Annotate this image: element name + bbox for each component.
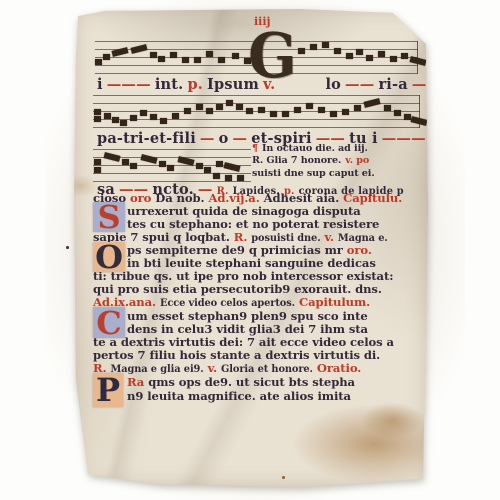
body-text-line: Ad.ix.ana.Ecce video celos apertos.Capit…: [93, 295, 374, 309]
neume-ligature: [141, 154, 158, 164]
text-segment: Ra: [127, 375, 144, 389]
decorated-initial-p: P: [96, 374, 120, 406]
neume-ligature: [364, 98, 381, 108]
ink-speck: [66, 246, 69, 249]
neume-note: [378, 51, 385, 57]
neume-note: [120, 120, 127, 126]
body-text-line: Raqms ops de9. ut sicut bts stepha: [127, 375, 359, 389]
text-segment: R.: [234, 230, 247, 244]
neume-note: [310, 44, 317, 50]
photo-background: iiij i———int.p.Ipsumv.lo——ri-a——pa-tri-e…: [0, 0, 500, 500]
neume-note: [334, 48, 341, 54]
neume-note: [140, 110, 147, 116]
text-segment: i: [97, 76, 103, 93]
body-text-line: qui pro suis etia persecutorib9 exorauit…: [93, 282, 386, 296]
body-text-line: R.Magna e glia ei9.v.Gloria et honore.Or…: [93, 361, 365, 375]
neume-note: [94, 167, 101, 173]
body-text-line: ciosooroDa nob.Ad.vij.a.Adhesit aia.Capi…: [93, 191, 406, 205]
manuscript-leaf: iiij i———int.p.Ipsumv.lo——ri-a——pa-tri-e…: [73, 9, 428, 487]
text-segment: R. Glia 7 honore.: [252, 155, 341, 166]
text-segment: Capitulu.: [343, 191, 402, 205]
neume-note: [112, 117, 119, 123]
text-segment: v.: [208, 361, 217, 375]
neume-note: [94, 159, 101, 165]
neume-note: [167, 165, 174, 171]
body-text-line: pertos 7 filiu hois stante a dextris vir…: [93, 348, 384, 362]
text-segment: int.: [155, 76, 184, 93]
body-text-line: dens in celu3 vidit glia3 dei 7 ihm sta: [127, 322, 372, 336]
rubric-line: suisti dne sup caput ei.: [252, 168, 379, 179]
neume-note: [216, 161, 223, 167]
neume-note: [150, 52, 157, 58]
text-segment: —: [233, 130, 248, 147]
neume-note: [122, 159, 129, 165]
neume-note: [258, 107, 265, 113]
text-segment: ¶: [252, 143, 258, 154]
neume-note: [182, 57, 189, 63]
decorated-initial-g: G: [248, 27, 297, 86]
text-segment: Oratio.: [317, 361, 361, 375]
text-segment: dens in celu3 vidit glia3 dei 7 ihm sta: [127, 322, 368, 336]
text-segment: p.: [187, 76, 203, 93]
neume-note: [354, 105, 361, 111]
neume-note: [270, 111, 277, 117]
neume-ligature: [131, 44, 148, 54]
neume-note: [216, 104, 223, 110]
neume-note: [306, 103, 313, 109]
rubric-line: ¶In octauo die. ad iij.: [252, 143, 372, 154]
rubric-line: R. Glia 7 honore.v. po: [252, 155, 373, 166]
text-segment: qms ops de9. ut sicut bts stepha: [148, 375, 355, 389]
text-segment: Gloria et honore.: [221, 364, 313, 375]
decorated-initial-s: S: [97, 201, 120, 233]
neume-note: [294, 107, 301, 113]
text-segment: um esset stephan9 plen9 spu sco inte: [127, 309, 368, 323]
neume-note: [184, 108, 191, 114]
staff-line: [93, 119, 420, 120]
staff-line: [93, 173, 251, 174]
neume-note: [232, 53, 239, 59]
text-segment: In octauo die. ad iij.: [262, 143, 368, 154]
decorated-initial-o: O: [95, 241, 123, 273]
neume-note: [282, 111, 289, 117]
neume-note: [404, 114, 411, 120]
text-segment: —: [200, 130, 215, 147]
ink-speck: [282, 476, 285, 479]
text-segment: oro: [130, 191, 151, 205]
text-segment: Ecce video celos apertos.: [160, 298, 295, 309]
text-segment: ———: [107, 76, 151, 93]
text-segment: Ad.vij.a.: [208, 191, 259, 205]
text-segment: n9 leuita magnifice. ate alios imita: [127, 389, 351, 403]
manuscript-leaf-wrapper: iiij i———int.p.Ipsumv.lo——ri-a——pa-tri-e…: [73, 9, 428, 487]
neume-note: [356, 49, 363, 55]
neume-note: [158, 56, 165, 62]
neume-note: [401, 53, 408, 59]
neume-note: [206, 108, 213, 114]
neume-note: [298, 48, 305, 54]
text-segment: ti: tribue qs. ut ipe pro nob intercesso…: [93, 269, 393, 283]
text-segment: pertos 7 filiu hois stante a dextris vir…: [93, 348, 380, 362]
text-segment: urrexerut quida de sinagoga disputa: [127, 204, 361, 218]
neume-note: [330, 111, 337, 117]
neume-note: [226, 100, 233, 106]
neume-note: [384, 105, 391, 111]
neume-note: [172, 113, 179, 119]
neume-note: [236, 104, 243, 110]
initial-patch: S: [93, 202, 125, 232]
neume-note: [170, 52, 177, 58]
text-segment: ——: [345, 76, 374, 93]
staff-line: [93, 127, 420, 128]
neume-note: [104, 113, 111, 119]
text-segment: pa-tri-et-fili: [97, 130, 196, 147]
staff-line: [93, 149, 251, 150]
body-text-line: in bti leuite stephani sanguine dedicas: [127, 256, 380, 270]
neume-ligature: [104, 152, 121, 162]
text-segment: Adhesit aia.: [264, 191, 340, 205]
body-text-line: um esset stephan9 plen9 spu sco inte: [127, 309, 372, 323]
body-text-line: te a dextris virtutis dei: 7 ait ecce vi…: [93, 335, 398, 349]
text-segment: o: [219, 130, 229, 147]
neume-note: [206, 51, 213, 57]
text-segment: qui pro suis etia persecutorib9 exorauit…: [93, 282, 382, 296]
neume-note: [196, 163, 203, 169]
text-segment: suisti dne sup caput ei.: [252, 168, 375, 179]
text-segment: in bti leuite stephani sanguine dedicas: [127, 256, 376, 270]
neume-note: [322, 42, 329, 48]
neume-note: [218, 57, 225, 63]
text-segment: Da nob.: [155, 191, 204, 205]
neume-note: [95, 59, 102, 65]
neume-note: [160, 118, 167, 124]
text-segment: ———: [382, 130, 426, 147]
text-segment: ri-a: [378, 76, 407, 93]
staff-line: [93, 95, 420, 96]
neume-note: [390, 56, 397, 62]
neume-note: [346, 53, 353, 59]
neume-note: [246, 108, 253, 114]
initial-patch: P: [93, 373, 123, 407]
body-text-line: sapie 7 spui q loqbat.R.posuisti dne.v.M…: [93, 230, 392, 244]
text-segment: tes cu stephano: et no poterat resistere: [127, 217, 379, 231]
neume-note: [366, 55, 373, 61]
body-text-line: ti: tribue qs. ut ipe pro nob intercesso…: [93, 269, 397, 283]
neume-note: [103, 54, 110, 60]
neume-note: [150, 114, 157, 120]
neume-ligature: [224, 162, 241, 172]
text-segment: te a dextris virtutis dei: 7 ait ecce vi…: [93, 335, 394, 349]
neume-note: [159, 161, 166, 167]
body-text-line: ps sempiterne de9 q primicias mroro.: [127, 243, 376, 257]
decorated-initial-c: C: [96, 307, 121, 339]
neume-note: [196, 104, 203, 110]
neume-note: [204, 167, 211, 173]
text-segment: Magna e glia ei9.: [110, 364, 203, 375]
neume-note: [130, 115, 137, 121]
neume-note: [94, 116, 101, 122]
neume-note: [130, 163, 137, 169]
neume-note: [318, 107, 325, 113]
text-segment: ps sempiterne de9 q primicias mr: [127, 243, 343, 257]
text-segment: Capitulum.: [299, 295, 370, 309]
initial-patch: C: [93, 307, 125, 338]
body-text-line: tes cu stephano: et no poterat resistere: [127, 217, 383, 231]
neume-note: [94, 109, 101, 115]
neume-note: [342, 109, 349, 115]
music-staff: [93, 149, 251, 182]
text-segment: lo: [325, 76, 341, 93]
text-segment: v. po: [345, 155, 369, 166]
body-text-line: urrexerut quida de sinagoga disputa: [127, 204, 365, 218]
initial-patch: O: [93, 242, 125, 272]
music-staff: [93, 95, 420, 128]
neume-note: [194, 57, 201, 63]
neume-note: [213, 173, 220, 179]
text-segment: oro.: [347, 243, 372, 257]
text-segment: v.: [325, 230, 334, 244]
neume-note: [394, 110, 401, 116]
body-text-line: n9 leuita magnifice. ate alios imita: [127, 389, 355, 403]
